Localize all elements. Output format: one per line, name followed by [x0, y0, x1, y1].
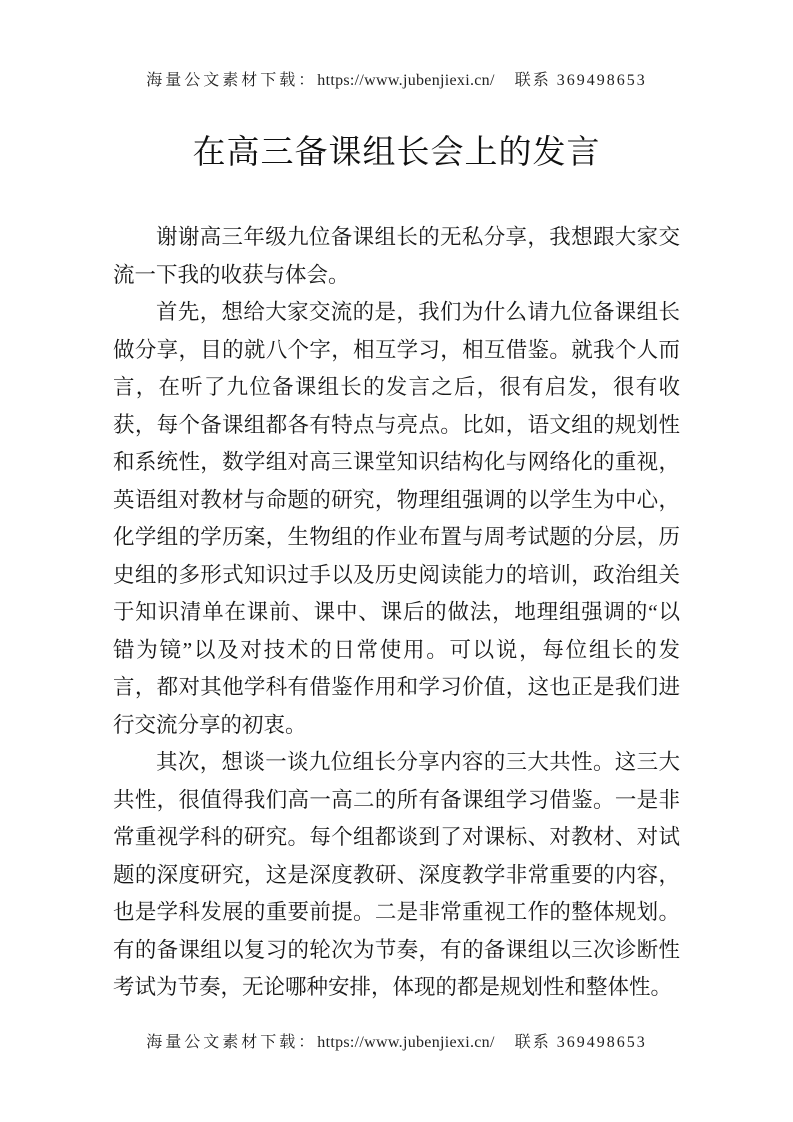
footer-watermark-label: 海量公文素材下载： — [146, 1034, 317, 1051]
header-watermark-label: 海量公文素材下载： — [146, 72, 317, 89]
header-watermark-url[interactable]: https://www.jubenjiexi.cn/ — [317, 72, 494, 89]
paragraph-first-point: 首先，想给大家交流的是，我们为什么请九位备课组长做分享，目的就八个字，相互学习，… — [113, 294, 680, 744]
document-page: 海量公文素材下载：https://www.jubenjiexi.cn/联系 36… — [0, 0, 793, 1122]
header-watermark-contact: 联系 369498653 — [515, 72, 647, 89]
document-body: 谢谢高三年级九位备课组长的无私分享，我想跟大家交流一下我的收获与体会。 首先，想… — [113, 219, 680, 1007]
page-footer-watermark: 海量公文素材下载：https://www.jubenjiexi.cn/联系 36… — [0, 1033, 793, 1053]
paragraph-intro: 谢谢高三年级九位备课组长的无私分享，我想跟大家交流一下我的收获与体会。 — [113, 219, 680, 294]
page-header-watermark: 海量公文素材下载：https://www.jubenjiexi.cn/联系 36… — [0, 71, 793, 91]
document-title: 在高三备课组长会上的发言 — [0, 133, 793, 173]
footer-watermark-url[interactable]: https://www.jubenjiexi.cn/ — [317, 1034, 494, 1051]
paragraph-second-point: 其次，想谈一谈九位组长分享内容的三大共性。这三大共性，很值得我们高一高二的所有备… — [113, 744, 680, 1007]
footer-watermark-contact: 联系 369498653 — [515, 1034, 647, 1051]
